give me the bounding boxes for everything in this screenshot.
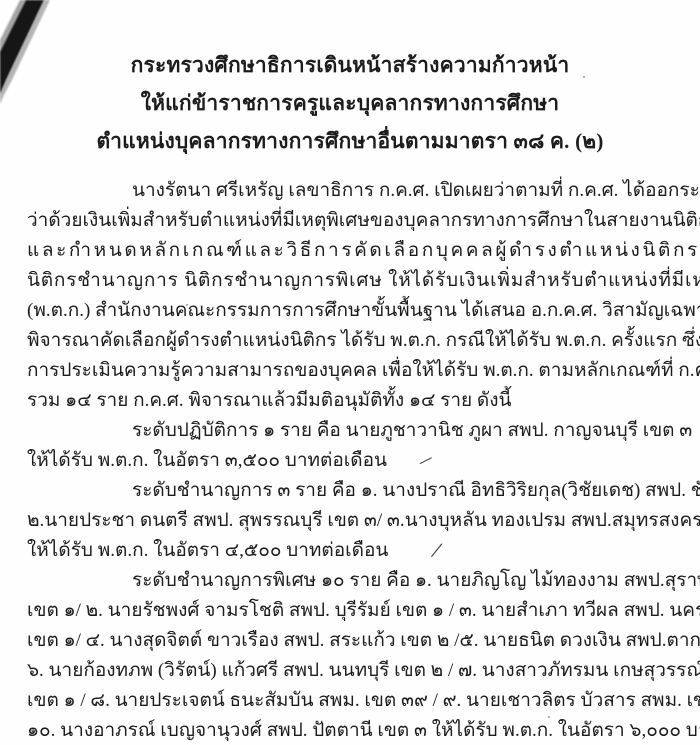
- body-line-text: รวม ๑๔ ราย ก.ค.ศ. พิจารณาแล้วมีมติอนุมัต…: [27, 390, 512, 411]
- title-line: กระทรวงศึกษาธิการเดินหน้าสร้างความก้าวหน…: [0, 46, 700, 84]
- body-line: ๒.นายประชา ดนตรี สพป. สุพรรณบุรี เขต ๓/ …: [27, 506, 676, 536]
- body-line: เขต ๑ / ๘. นายประเจตน์ ธนะสัมบัน สพม. เข…: [27, 686, 676, 716]
- body-line: นิติกรชำนาญการ นิติกรชำนาญการพิเศษ ให้ได…: [27, 266, 676, 296]
- body-line-text: ๑๐. นางอาภรณ์ เบญจานุวงศ์ สพป. ปัตตานี เ…: [27, 720, 700, 741]
- body-line: นางรัตนา ศรีเหรัญ เลขาธิการ ก.ค.ศ. เปิดเ…: [27, 176, 676, 206]
- body-line: และกำหนดหลักเกณฑ์และวิธีการคัดเลือกบุคคล…: [27, 236, 676, 266]
- title-line: ตำแหน่งบุคลากรทางการศึกษาอื่นตามมาตรา ๓๘…: [0, 122, 700, 160]
- scanned-document-page: กระทรวงศึกษาธิการเดินหน้าสร้างความก้าวหน…: [0, 0, 700, 745]
- body-line-text: ว่าด้วยเงินเพิ่มสำหรับตำแหน่งที่มีเหตุพิ…: [27, 210, 700, 231]
- pen-slash-mark: ╱: [432, 545, 442, 558]
- body-line-text: นิติกรชำนาญการ นิติกรชำนาญการพิเศษ ให้ได…: [27, 270, 700, 291]
- body-line: ให้ได้รับ พ.ต.ก. ในอัตรา ๓,๕๐๐ บาทต่อเดื…: [27, 446, 676, 476]
- body-line-text: เขต ๑ / ๘. นายประเจตน์ ธนะสัมบัน สพม. เข…: [27, 690, 700, 711]
- body-line-text: ๒.นายประชา ดนตรี สพป. สุพรรณบุรี เขต ๓/ …: [27, 510, 700, 531]
- body-line: ระดับชำนาญการพิเศษ ๑๐ ราย คือ ๑. นายภิญโ…: [27, 566, 676, 596]
- body-line: รวม ๑๔ ราย ก.ค.ศ. พิจารณาแล้วมีมติอนุมัต…: [27, 386, 676, 416]
- body-line: ให้ได้รับ พ.ต.ก. ในอัตรา ๔,๕๐๐ บาทต่อเดื…: [27, 536, 676, 566]
- body-line: (พ.ต.ก.) สำนักงานคณะกรรมการการศึกษาขั้นพ…: [27, 296, 676, 326]
- body-line-text: การประเมินความรู้ความสามารถของบุคคล เพื่…: [27, 360, 700, 381]
- body-line: พิจารณาคัดเลือกผู้ดำรงตำแหน่งนิติกร ได้ร…: [27, 326, 676, 356]
- body-line: เขต ๑/ ๒. นายรัชพงศ์ จามรโชติ สพป. บุรีร…: [27, 596, 676, 626]
- body-line-text: เขต ๑/ ๒. นายรัชพงศ์ จามรโชติ สพป. บุรีร…: [27, 600, 700, 621]
- body-line-text: พิจารณาคัดเลือกผู้ดำรงตำแหน่งนิติกร ได้ร…: [27, 330, 700, 351]
- body-line-text: และกำหนดหลักเกณฑ์และวิธีการคัดเลือกบุคคล…: [27, 240, 700, 261]
- document-body: นางรัตนา ศรีเหรัญ เลขาธิการ ก.ค.ศ. เปิดเ…: [27, 176, 676, 745]
- body-line: ระดับชำนาญการ ๓ ราย คือ ๑. นางปราณี อิทธ…: [27, 476, 676, 506]
- body-line: ๖. นายก้องทภพ (วิรัตน์) แก้วศรี สพป. นนท…: [27, 656, 676, 686]
- body-line-text: ให้ได้รับ พ.ต.ก. ในอัตรา ๓,๕๐๐ บาทต่อเดื…: [27, 450, 387, 471]
- body-line-text: ระดับปฏิบัติการ ๑ ราย คือ นายภูชาวานิช ภ…: [132, 420, 692, 441]
- title-line: ให้แก่ข้าราชการครูและบุคลากรทางการศึกษา: [0, 84, 700, 122]
- body-line: ว่าด้วยเงินเพิ่มสำหรับตำแหน่งที่มีเหตุพิ…: [27, 206, 676, 236]
- body-line-text: ระดับชำนาญการพิเศษ ๑๐ ราย คือ ๑. นายภิญโ…: [132, 570, 700, 591]
- body-line: ๑๐. นางอาภรณ์ เบญจานุวงศ์ สพป. ปัตตานี เ…: [27, 716, 676, 745]
- body-line-text: (พ.ต.ก.) สำนักงานคณะกรรมการการศึกษาขั้นพ…: [27, 300, 700, 321]
- scan-noise-speck: [186, 304, 188, 306]
- body-line-text: ระดับชำนาญการ ๓ ราย คือ ๑. นางปราณี อิทธ…: [132, 480, 700, 501]
- body-line: ระดับปฏิบัติการ ๑ ราย คือ นายภูชาวานิช ภ…: [27, 416, 676, 446]
- body-line-text: ให้ได้รับ พ.ต.ก. ในอัตรา ๔,๕๐๐ บาทต่อเดื…: [27, 540, 388, 561]
- body-line-text: นางรัตนา ศรีเหรัญ เลขาธิการ ก.ค.ศ. เปิดเ…: [132, 180, 700, 201]
- document-title: กระทรวงศึกษาธิการเดินหน้าสร้างความก้าวหน…: [0, 46, 700, 160]
- body-line: การประเมินความรู้ความสามารถของบุคคล เพื่…: [27, 356, 676, 386]
- body-line: เขต ๑/ ๔. นางสุดจิตต์ ขาวเรือง สพป. สระแ…: [27, 626, 676, 656]
- body-line-text: เขต ๑/ ๔. นางสุดจิตต์ ขาวเรือง สพป. สระแ…: [27, 630, 700, 651]
- pen-slash-mark: ╱: [420, 456, 431, 467]
- body-line-text: ๖. นายก้องทภพ (วิรัตน์) แก้วศรี สพป. นนท…: [27, 660, 700, 681]
- scan-noise-speck: [548, 716, 550, 718]
- scan-noise-speck: [583, 76, 585, 78]
